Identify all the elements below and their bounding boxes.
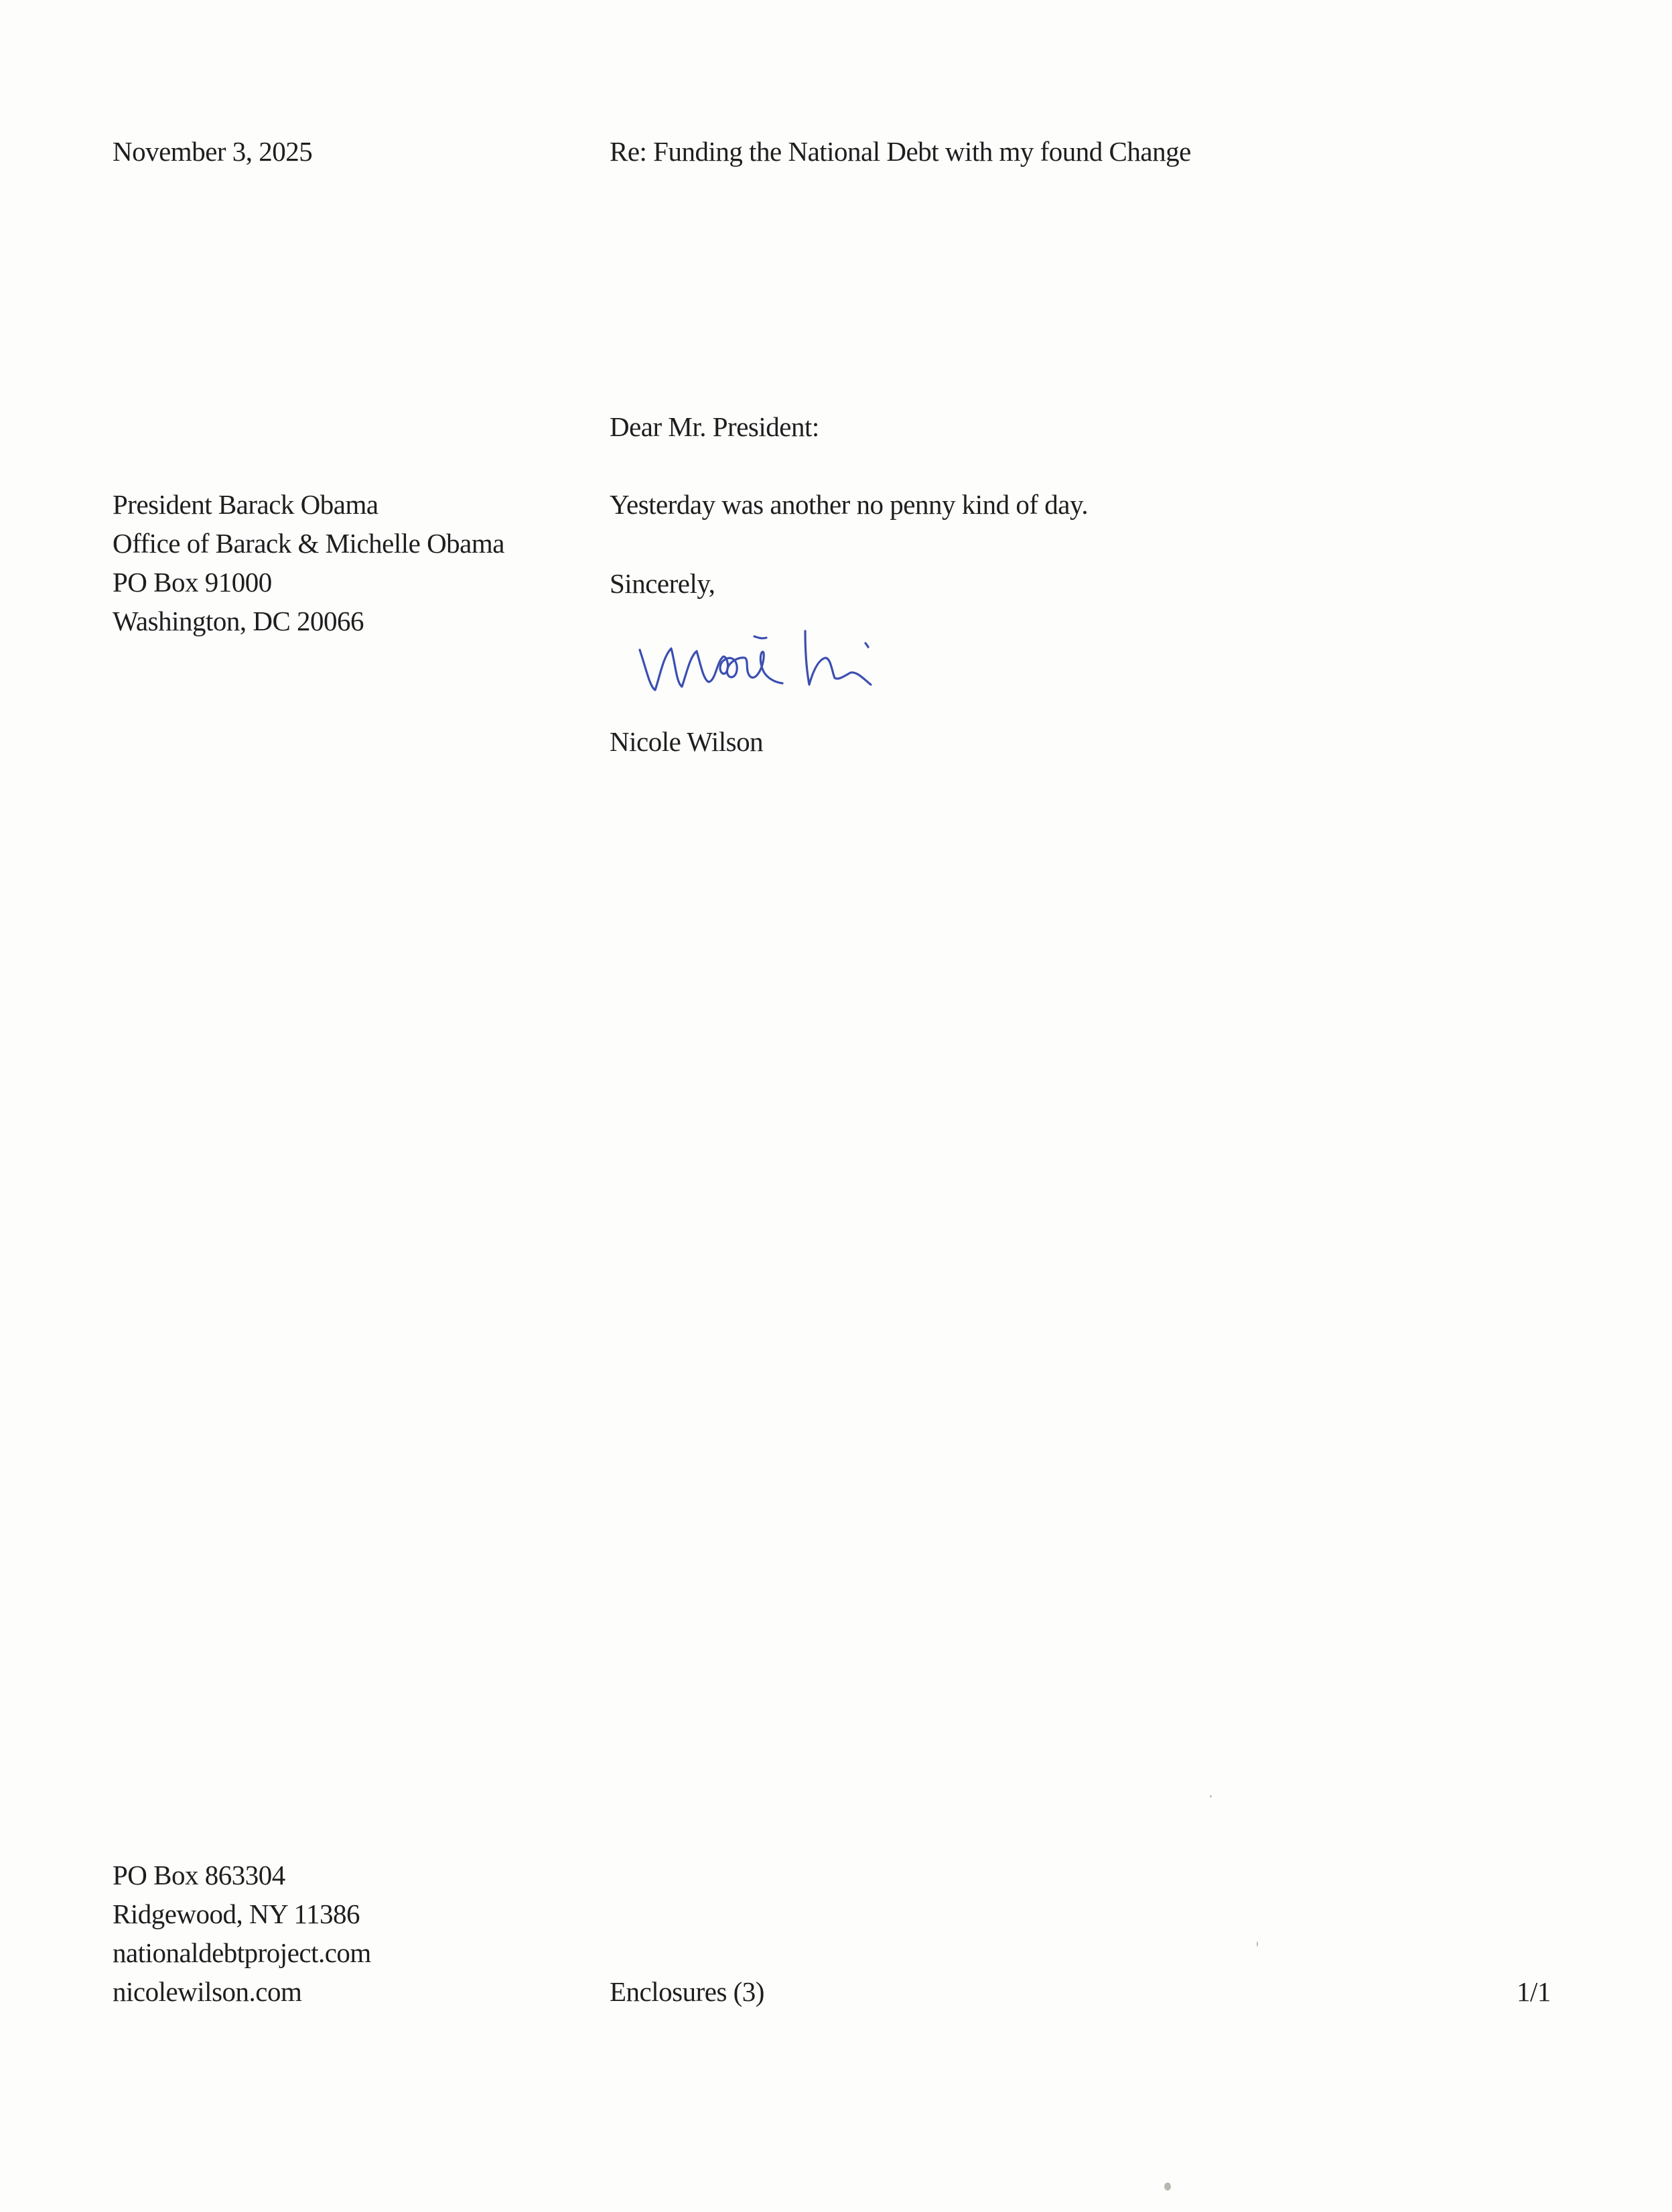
enclosures-note: Enclosures (3) [610,1972,764,2011]
recipient-address: President Barack Obama Office of Barack … [113,485,504,640]
letter-page: November 3, 2025 Re: Funding the Nationa… [0,0,1672,2212]
sender-address: PO Box 863304 Ridgewood, NY 11386 nation… [113,1856,371,2011]
letter-body: Yesterday was another no penny kind of d… [610,485,1088,524]
letter-date: November 3, 2025 [113,132,312,171]
paper-speck [1257,1941,1258,1947]
sender-po-box: PO Box 863304 [113,1856,371,1894]
recipient-po-box: PO Box 91000 [113,563,504,602]
sender-city-state-zip: Ridgewood, NY 11386 [113,1894,371,1933]
recipient-office: Office of Barack & Michelle Obama [113,524,504,563]
paper-speck [1164,2183,1171,2191]
page-number: 1/1 [1517,1972,1551,2011]
handwritten-signature-icon [630,623,978,710]
letter-subject: Re: Funding the National Debt with my fo… [610,132,1191,171]
sender-website-personal: nicolewilson.com [113,1972,371,2011]
recipient-city-state-zip: Washington, DC 20066 [113,602,504,640]
sender-website-project: nationaldebtproject.com [113,1933,371,1972]
closing: Sincerely, [610,564,715,603]
salutation: Dear Mr. President: [610,407,819,446]
signer-name: Nicole Wilson [610,722,763,761]
paper-speck [1210,1795,1212,1797]
recipient-name: President Barack Obama [113,485,504,524]
